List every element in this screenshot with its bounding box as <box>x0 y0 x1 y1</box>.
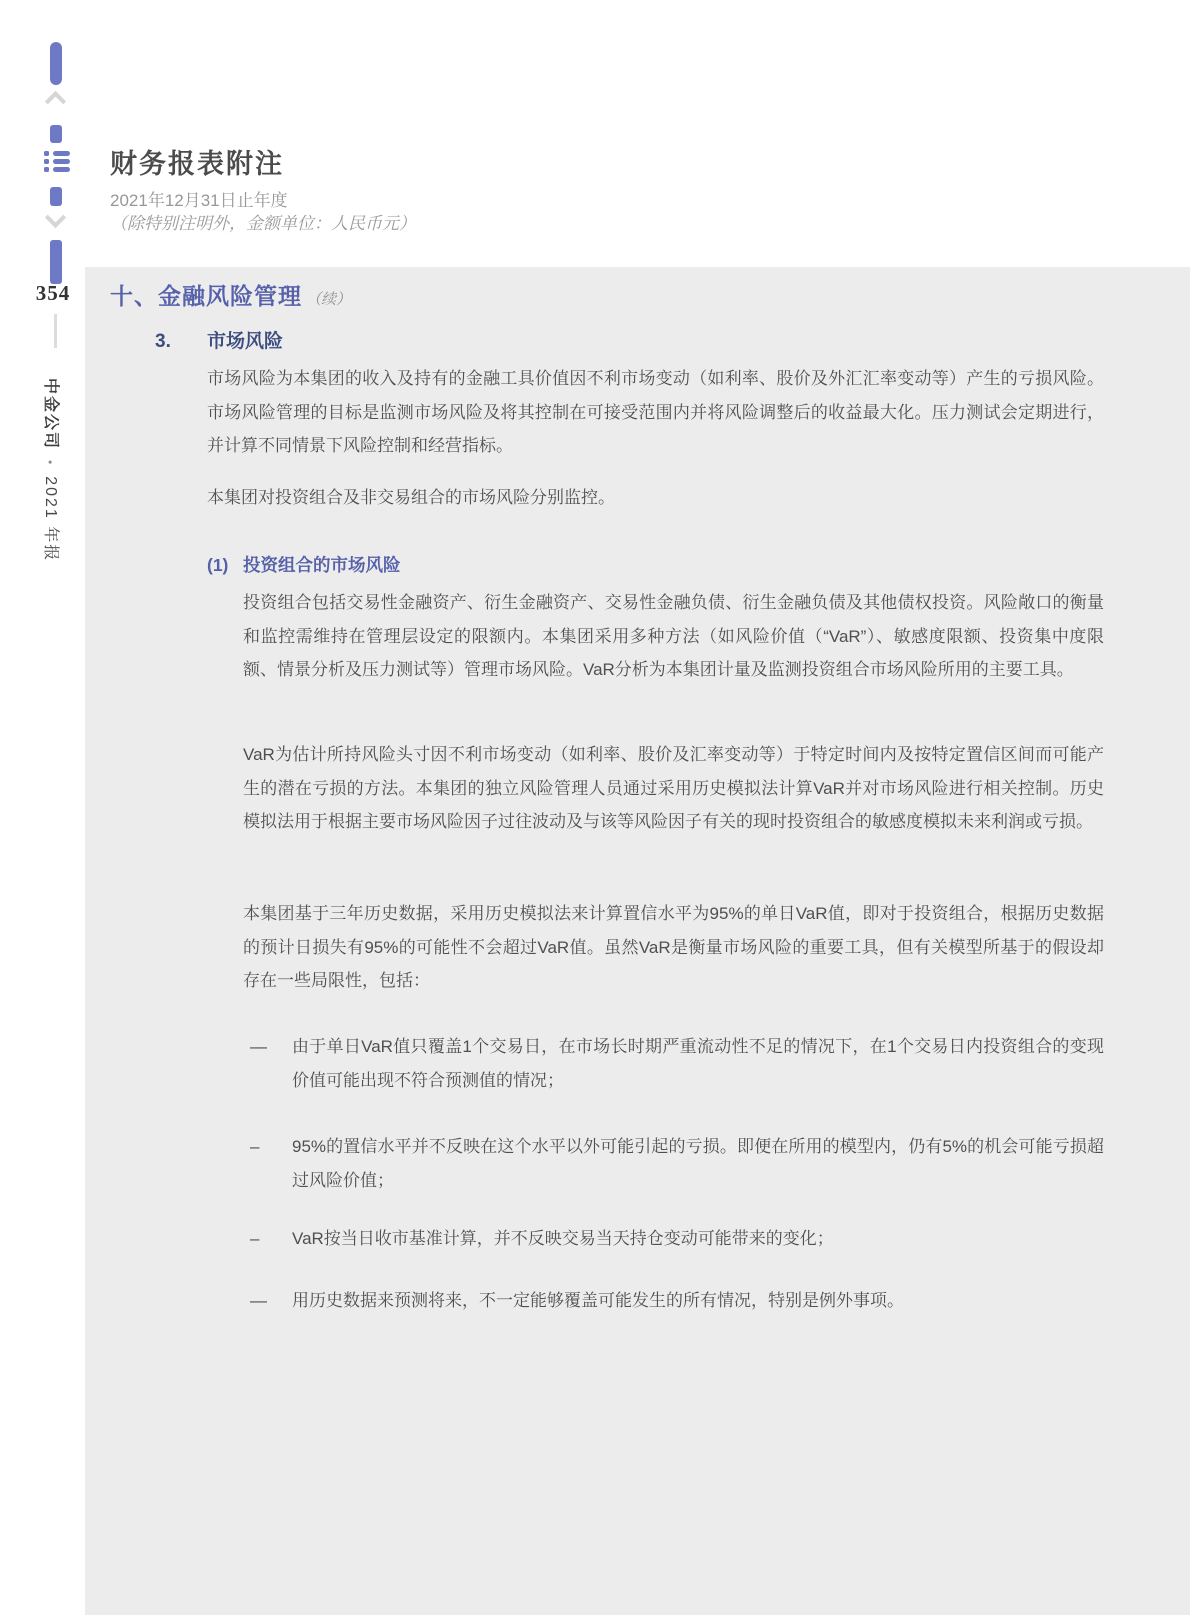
side-year-label: 2021 年报 <box>42 476 59 562</box>
paragraph-portfolio-composition: 投资组合包括交易性金融资产、衍生金融资产、交易性金融负债、衍生金融负债及其他债权… <box>243 586 1104 687</box>
paragraph-var-definition: VaR为估计所持风险头寸因不利市场变动（如利率、股价及汇率变动等）于特定时间内及… <box>243 738 1104 839</box>
bullet-text: VaR按当日收市基准计算，并不反映交易当天持仓变动可能带来的变化； <box>292 1222 1104 1256</box>
subsection-1-heading: (1)投资组合的市场风险 <box>207 552 401 577</box>
paragraph-monitoring: 本集团对投资组合及非交易组合的市场风险分别监控。 <box>207 481 1104 515</box>
list-icon-row <box>44 167 70 172</box>
subsection-heading: 3.市场风险 <box>155 326 283 353</box>
side-company-name: 中金公司 <box>42 378 59 450</box>
bullet-text: 用历史数据来预测将来，不一定能够覆盖可能发生的所有情况，特别是例外事项。 <box>292 1284 1104 1318</box>
rail-divider-line <box>54 314 57 348</box>
rail-bar-small-1 <box>50 125 62 143</box>
rail-bar-large <box>50 240 62 284</box>
bullet-text: 由于单日VaR值只覆盖1个交易日，在市场长时期严重流动性不足的情况下，在1个交易… <box>292 1030 1104 1097</box>
subsection-number: 3. <box>155 331 207 353</box>
paragraph-market-risk-intro: 市场风险为本集团的收入及持有的金融工具价值因不利市场变动（如利率、股价及外汇汇率… <box>207 362 1104 463</box>
subsection-1-number: (1) <box>207 555 243 576</box>
list-icon-dot <box>44 167 49 172</box>
document-title: 财务报表附注 <box>110 142 284 181</box>
list-icon-bar <box>53 159 70 164</box>
list-icon-dot <box>44 151 49 156</box>
document-unit-note: （除特别注明外，金额单位：人民币元） <box>110 209 416 234</box>
rail-bar-small-2 <box>50 187 62 206</box>
list-icon-dot <box>44 159 49 164</box>
list-icon <box>44 151 70 175</box>
bullet-text: 95%的置信水平并不反映在这个水平以外可能引起的亏损。即便在所用的模型内，仍有5… <box>292 1130 1104 1197</box>
bullet-dash: – <box>250 1222 259 1256</box>
list-item: – VaR按当日收市基准计算，并不反映交易当天持仓变动可能带来的变化； <box>250 1222 1104 1256</box>
document-period: 2021年12月31日止年度 <box>110 186 288 211</box>
chevron-down-icon <box>45 207 66 228</box>
paragraph-var-model: 本集团基于三年历史数据，采用历史模拟法来计算置信水平为95%的单日VaR值，即对… <box>243 897 1104 998</box>
chevron-up-icon <box>45 91 66 112</box>
bullet-dash: — <box>250 1284 267 1318</box>
page-number: 354 <box>30 281 76 306</box>
list-icon-bar <box>53 167 70 172</box>
bullet-dash: – <box>250 1130 259 1164</box>
list-item: — 由于单日VaR值只覆盖1个交易日，在市场长时期严重流动性不足的情况下，在1个… <box>250 1030 1104 1097</box>
list-item: — 用历史数据来预测将来，不一定能够覆盖可能发生的所有情况，特别是例外事项。 <box>250 1284 1104 1318</box>
list-icon-row <box>44 151 70 156</box>
subsection-1-title: 投资组合的市场风险 <box>243 555 401 575</box>
section-continued-suffix: （续） <box>306 291 351 308</box>
section-heading: 十、金融风险管理（续） <box>110 278 351 311</box>
list-icon-bar <box>53 151 70 156</box>
list-icon-row <box>44 159 70 164</box>
section-title: 金融风险管理 <box>158 283 302 309</box>
section-number: 十、 <box>110 283 158 309</box>
bullet-dash: — <box>250 1030 267 1064</box>
subsection-title: 市场风险 <box>207 331 283 352</box>
side-vertical-label: 中金公司•2021 年报 <box>41 378 64 562</box>
rail-bar-top <box>50 42 62 85</box>
list-item: – 95%的置信水平并不反映在这个水平以外可能引起的亏损。即便在所用的模型内，仍… <box>250 1130 1104 1197</box>
side-separator-dot: • <box>43 460 57 466</box>
